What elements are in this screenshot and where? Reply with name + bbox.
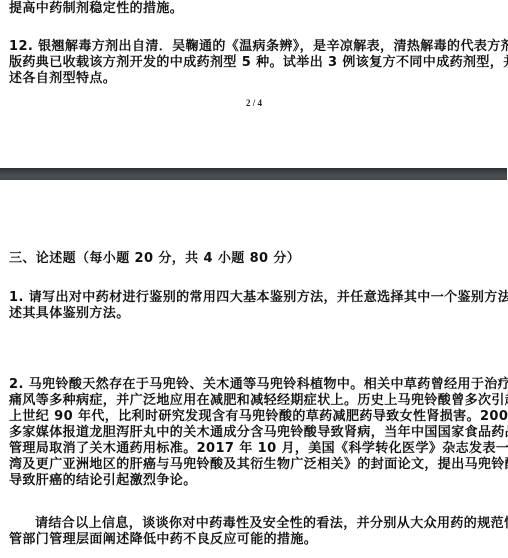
question-2-prompt-line-1: 请结合以上信息，谈谈你对中药毒性及安全性的看法，并分别从大众用药的规范性及监 [35, 516, 508, 532]
question-2-line-2: 痛风等多种病症，并广泛地应用在减肥和减轻经期症状上。历史上马兜铃酸曾多次引起争议… [9, 393, 499, 409]
question-12-line-1: 12. 银翘解毒方剂出自清．吴鞠通的《温病条辨》，是辛凉解表，清热解毒的代表方剂… [9, 39, 499, 55]
question-12-line-3: 述各自剂型特点。 [9, 71, 499, 87]
question-2-line-7: 导致肝癌的结论引起激烈争论。 [9, 473, 499, 489]
question-2-line-6: 湾及更广亚洲地区的肝癌与马兜铃酸及其衍生物广泛相关》的封面论文，提出马兜铃酸可能 [9, 457, 499, 473]
document-page-3: 三、论述题（每小题 20 分，共 4 小题 80 分） 1. 请写出对中药材进行… [0, 180, 508, 558]
document-page-2: 提高中药制剂稳定性的措施。 12. 银翘解毒方剂出自清．吴鞠通的《温病条辨》，是… [0, 0, 508, 168]
question-1-line-2: 述其具体鉴别方法。 [9, 306, 499, 322]
question-2-line-5: 管理局取消了关木通药用标准。2017 年 10 月，美国《科学转化医学》杂志发表… [9, 441, 499, 457]
question-2-line-4: 多家媒体报道龙胆泻肝丸中的关木通成分含马兜铃酸导致肾病，当年中国国家食品药品监督 [9, 425, 499, 441]
previous-question-tail: 提高中药制剂稳定性的措施。 [9, 1, 499, 17]
question-2-line-3: 上世纪 90 年代，比利时研究发现含有马兜铃酸的草药减肥药导致女性肾损害。200… [9, 409, 499, 425]
page-number: 2 / 4 [0, 98, 508, 108]
question-12-line-2: 版药典已收载该方剂开发的中成药剂型 5 种。试举出 3 例该复方不同中成药剂型，… [9, 55, 499, 71]
section-title: 三、论述题（每小题 20 分，共 4 小题 80 分） [9, 251, 499, 267]
question-2-line-1: 2. 马兜铃酸天然存在于马兜铃、关木通等马兜铃科植物中。相关中草药曾经用于治疗风… [9, 377, 499, 393]
question-2-prompt-line-2: 管部门管理层面阐述降低中药不良反应可能的措施。 [9, 532, 499, 548]
question-1-line-1: 1. 请写出对中药材进行鉴别的常用四大基本鉴别方法，并任意选择其中一个鉴别方法详… [9, 290, 499, 306]
page-separator [0, 168, 507, 180]
